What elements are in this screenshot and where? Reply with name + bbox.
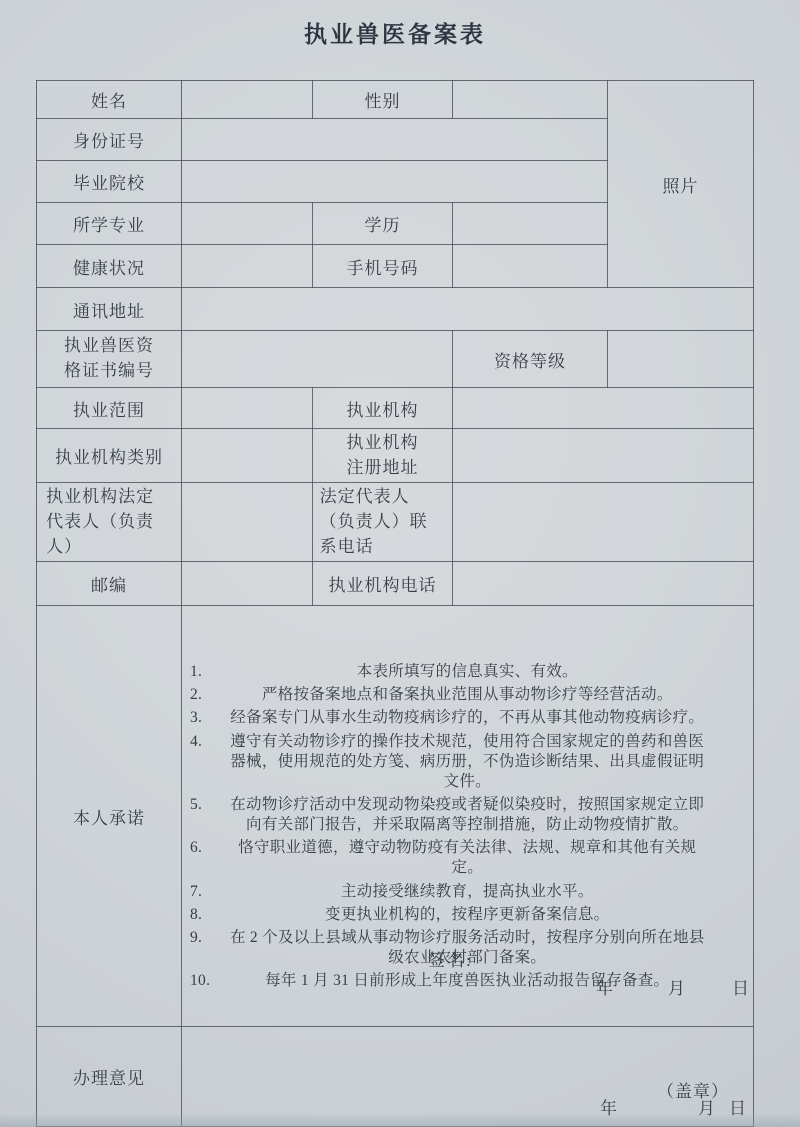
commitment-item-text: 严格按备案地点和备案执业范围从事动物诊疗等经营活动。 <box>227 685 708 705</box>
processing-label: 办理意见 <box>37 1027 182 1127</box>
commitment-item-number: 1. <box>190 662 221 682</box>
major-label: 所学专业 <box>37 203 182 245</box>
address-label: 通讯地址 <box>37 288 182 331</box>
photo-cell: 照片 <box>608 81 754 288</box>
org-phone-value-cell <box>453 562 754 606</box>
commitment-item-text: 经备案专门从事水生动物疫病诊疗的，不再从事其他动物疫病诊疗。 <box>227 708 708 728</box>
org-legal-rep-label: 执业机构法定代表人（负责人） <box>37 483 182 562</box>
month-label: 月 <box>668 979 686 998</box>
mobile-value-cell <box>453 245 608 288</box>
commitment-item: 2.严格按备案地点和备案执业范围从事动物诊疗等经营活动。 <box>190 685 743 705</box>
commitment-item-number: 7. <box>190 882 221 902</box>
registration-form-table: 姓名 性别 照片 身份证号 毕业院校 所学专业 学历 健康状况 手机号码 通讯地 <box>36 80 754 1127</box>
org-reg-address-value-cell <box>453 429 754 483</box>
year-label: 年 <box>596 979 614 998</box>
education-value-cell <box>453 203 608 245</box>
org-reg-address-label: 执业机构注册地址 <box>313 429 453 483</box>
commitment-item-text: 遵守有关动物诊疗的操作技术规范，使用符合国家规定的兽药和兽医器械，使用规范的处方… <box>227 732 708 792</box>
commitment-date-line: 年月日 <box>596 974 750 999</box>
health-value-cell <box>182 245 313 288</box>
practice-scope-value-cell <box>182 388 313 429</box>
commitment-list: 1.本表所填写的信息真实、有效。2.严格按备案地点和备案执业范围从事动物诊疗等经… <box>184 638 751 991</box>
education-label: 学历 <box>313 203 453 245</box>
name-value-cell <box>182 81 313 119</box>
practice-scope-label: 执业范围 <box>37 388 182 429</box>
cert-no-value-cell <box>182 331 453 388</box>
row-postal-phone: 邮编 执业机构电话 <box>37 562 754 606</box>
commitment-item-text: 本表所填写的信息真实、有效。 <box>227 662 708 682</box>
commitment-item-number: 9. <box>190 928 221 968</box>
row-address: 通讯地址 <box>37 288 754 331</box>
commitment-item: 8.变更执业机构的，按程序更新备案信息。 <box>190 905 743 925</box>
commitment-item: 3.经备案专门从事水生动物疫病诊疗的，不再从事其他动物疫病诊疗。 <box>190 708 743 728</box>
year-label: 年 <box>600 1099 618 1118</box>
processing-content-cell: （盖章） 年月日 <box>182 1027 754 1127</box>
practice-org-label: 执业机构 <box>313 388 453 429</box>
org-category-value-cell <box>182 429 313 483</box>
id-number-value-cell <box>182 119 608 161</box>
school-value-cell <box>182 161 608 203</box>
qual-level-value-cell <box>608 331 754 388</box>
commitment-item-number: 2. <box>190 685 221 705</box>
commitment-item: 5.在动物诊疗活动中发现动物染疫或者疑似染疫时，按照国家规定立即向有关部门报告，… <box>190 795 743 835</box>
org-phone-label: 执业机构电话 <box>313 562 453 606</box>
major-value-cell <box>182 203 313 245</box>
row-practice-scope: 执业范围 执业机构 <box>37 388 754 429</box>
postal-code-label: 邮编 <box>37 562 182 606</box>
row-legal-rep: 执业机构法定代表人（负责人） 法定代表人（负责人）联系电话 <box>37 483 754 562</box>
commitment-item: 4.遵守有关动物诊疗的操作技术规范，使用符合国家规定的兽药和兽医器械，使用规范的… <box>190 732 743 792</box>
page-title: 执业兽医备案表 <box>0 16 790 49</box>
row-processing-opinion: 办理意见 （盖章） 年月日 <box>37 1027 754 1127</box>
signature-label: 签名: <box>428 946 473 971</box>
commitment-item-number: 4. <box>190 732 221 792</box>
legal-rep-phone-label: 法定代表人（负责人）联系电话 <box>313 483 453 562</box>
commitment-item-text: 在动物诊疗活动中发现动物染疫或者疑似染疫时，按照国家规定立即向有关部门报告，并采… <box>227 795 708 835</box>
commitment-item: 7.主动接受继续教育，提高执业水平。 <box>190 882 743 902</box>
qual-level-label: 资格等级 <box>453 331 608 388</box>
name-label: 姓名 <box>37 81 182 119</box>
row-org-category: 执业机构类别 执业机构注册地址 <box>37 429 754 483</box>
commitment-item: 6.恪守职业道德，遵守动物防疫有关法律、法规、规章和其他有关规定。 <box>190 838 743 878</box>
school-label: 毕业院校 <box>37 161 182 203</box>
commitment-item: 1.本表所填写的信息真实、有效。 <box>190 662 743 682</box>
processing-date-line: 年月日 <box>600 1094 747 1119</box>
legal-rep-phone-value-cell <box>453 483 754 562</box>
month-label: 月 <box>698 1099 716 1118</box>
commitment-item-text: 变更执业机构的，按程序更新备案信息。 <box>227 905 708 925</box>
scanned-form-page: 执业兽医备案表 姓名 性别 照片 身份证号 毕业院校 所学专业 学历 健康状况 <box>0 0 800 1127</box>
commitment-item-number: 8. <box>190 905 221 925</box>
gender-label: 性别 <box>313 81 453 119</box>
mobile-label: 手机号码 <box>313 245 453 288</box>
commitment-content-cell: 1.本表所填写的信息真实、有效。2.严格按备案地点和备案执业范围从事动物诊疗等经… <box>182 606 754 1027</box>
address-value-cell <box>182 288 754 331</box>
commitment-item-number: 10. <box>190 971 221 991</box>
id-number-label: 身份证号 <box>37 119 182 161</box>
day-label: 日 <box>732 979 750 998</box>
row-commitment: 本人承诺 1.本表所填写的信息真实、有效。2.严格按备案地点和备案执业范围从事动… <box>37 606 754 1027</box>
row-name-gender: 姓名 性别 照片 <box>37 81 754 119</box>
day-label: 日 <box>729 1099 747 1118</box>
practice-org-value-cell <box>453 388 754 429</box>
org-category-label: 执业机构类别 <box>37 429 182 483</box>
commitment-item-text: 恪守职业道德，遵守动物防疫有关法律、法规、规章和其他有关规定。 <box>227 838 708 878</box>
org-legal-rep-value-cell <box>182 483 313 562</box>
cert-no-label: 执业兽医资格证书编号 <box>37 331 182 388</box>
commitment-item-number: 5. <box>190 795 221 835</box>
health-label: 健康状况 <box>37 245 182 288</box>
commitment-item-text: 主动接受继续教育，提高执业水平。 <box>227 882 708 902</box>
row-certificate: 执业兽医资格证书编号 资格等级 <box>37 331 754 388</box>
commitment-item-number: 6. <box>190 838 221 878</box>
commitment-label: 本人承诺 <box>37 606 182 1027</box>
gender-value-cell <box>453 81 608 119</box>
postal-code-value-cell <box>182 562 313 606</box>
commitment-item-number: 3. <box>190 708 221 728</box>
